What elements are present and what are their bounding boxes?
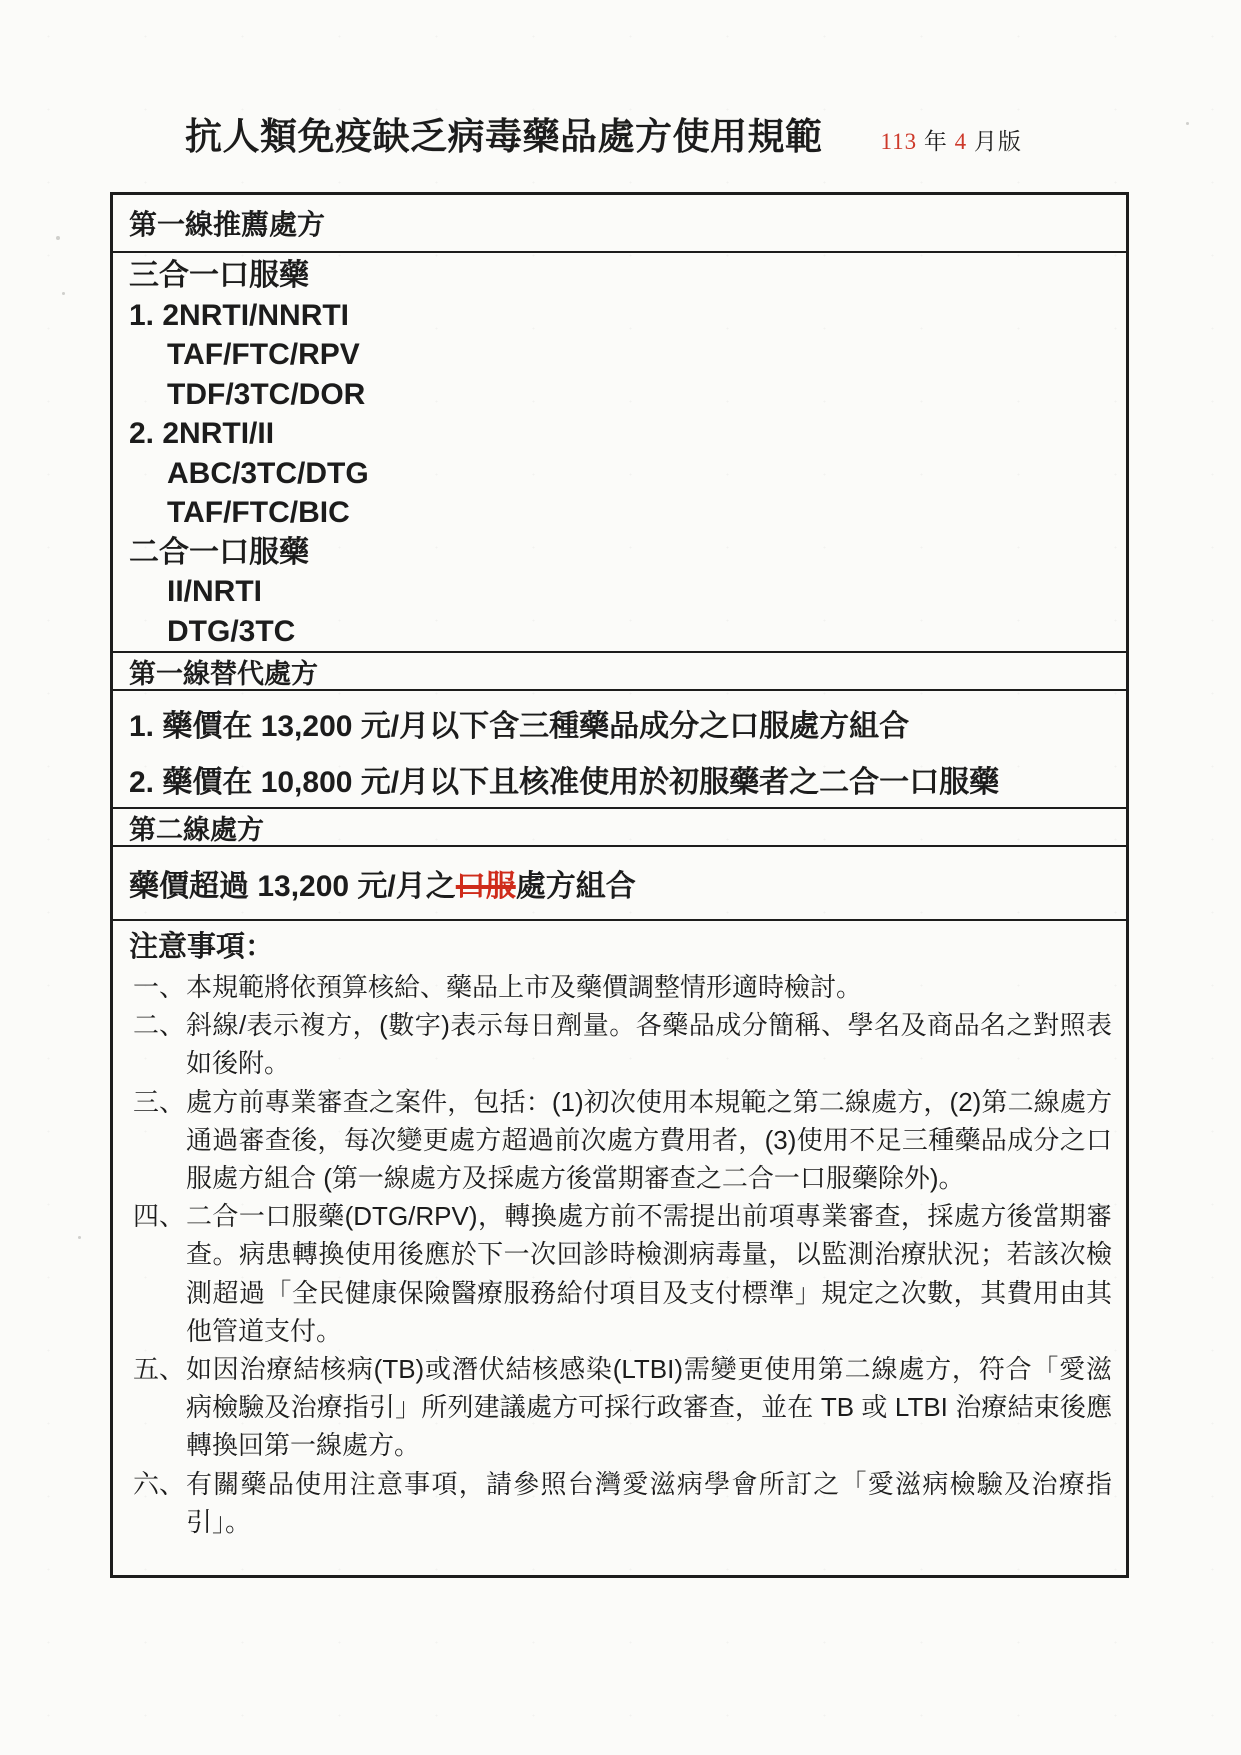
note-number: 三、 <box>133 1083 185 1121</box>
regimen-line: 2. 2NRTI/II <box>129 414 1112 454</box>
version-year-unit: 年 <box>917 129 955 154</box>
scan-speck <box>78 1236 81 1239</box>
note-number: 一、 <box>133 968 185 1006</box>
section-header-second-line: 第二線處方 <box>113 807 1126 845</box>
regimen-line: TAF/FTC/RPV <box>129 335 1112 375</box>
note-text: 本規範將依預算核給、藥品上市及藥價調整情形適時檢討。 <box>186 972 862 1002</box>
note-item: 三、 處方前專業審查之案件，包括：(1)初次使用本規範之第二線處方，(2)第二線… <box>129 1083 1112 1198</box>
second-line-text-before: 藥價超過 13,200 元/月之 <box>129 861 456 905</box>
regimen-line: 1. 2NRTI/NNRTI <box>129 296 1112 336</box>
note-item: 一、 本規範將依預算核給、藥品上市及藥價調整情形適時檢討。 <box>129 968 1112 1006</box>
version-label: 113 年 4 月版 <box>881 123 1022 156</box>
title-row: 抗人類免疫缺乏病毒藥品處方使用規範 113 年 4 月版 <box>185 106 1185 160</box>
note-item: 五、 如因治療結核病(TB)或潛伏結核感染(LTBI)需變更使用第二線處方，符合… <box>129 1350 1112 1465</box>
note-text: 斜線/表示複方，(數字)表示每日劑量。各藥品成分簡稱、學名及商品名之對照表如後附… <box>186 1010 1112 1078</box>
price-rule-line: 2. 藥價在 10,800 元/月以下且核准使用於初服藥者之二合一口服藥 <box>129 755 1112 807</box>
section-first-line-alternative-content: 1. 藥價在 13,200 元/月以下含三種藥品成分之口服處方組合 2. 藥價在… <box>113 689 1126 807</box>
section-header-first-line-recommended: 第一線推薦處方 <box>113 195 1126 251</box>
regimen-line: ABC/3TC/DTG <box>129 454 1112 494</box>
note-number: 四、 <box>133 1197 185 1235</box>
regimen-line: 二合一口服藥 <box>129 533 1112 573</box>
regimen-line: TAF/FTC/BIC <box>129 493 1112 533</box>
version-year-number: 113 <box>881 129 918 154</box>
note-item: 四、 二合一口服藥(DTG/RPV)，轉換處方前不需提出前項專業審查，採處方後當… <box>129 1197 1112 1350</box>
scan-speck <box>1186 122 1189 125</box>
second-line-text-after: 處方組合 <box>516 861 636 905</box>
price-rule-line: 1. 藥價在 13,200 元/月以下含三種藥品成分之口服處方組合 <box>129 699 1112 755</box>
struck-out-text: 口服 <box>456 861 516 905</box>
note-item: 六、 有關藥品使用注意事項，請參照台灣愛滋病學會所訂之「愛滋病檢驗及治療指引」。 <box>129 1465 1112 1541</box>
prescription-rules-table: 第一線推薦處方 三合一口服藥 1. 2NRTI/NNRTI TAF/FTC/RP… <box>110 192 1129 1578</box>
note-text: 處方前專業審查之案件，包括：(1)初次使用本規範之第二線處方，(2)第二線處方通… <box>186 1087 1112 1193</box>
note-item: 二、 斜線/表示複方，(數字)表示每日劑量。各藥品成分簡稱、學名及商品名之對照表… <box>129 1006 1112 1082</box>
regimen-line: II/NRTI <box>129 572 1112 612</box>
section-notes: 注意事項： 一、 本規範將依預算核給、藥品上市及藥價調整情形適時檢討。 二、 斜… <box>113 919 1126 1575</box>
note-text: 有關藥品使用注意事項，請參照台灣愛滋病學會所訂之「愛滋病檢驗及治療指引」。 <box>186 1469 1112 1537</box>
page-title: 抗人類免疫缺乏病毒藥品處方使用規範 <box>185 106 823 160</box>
section-header-label: 第一線替代處方 <box>129 652 318 690</box>
note-text: 如因治療結核病(TB)或潛伏結核感染(LTBI)需變更使用第二線處方，符合「愛滋… <box>186 1354 1112 1460</box>
version-month-number: 4 <box>955 129 968 154</box>
scan-speck <box>62 292 65 295</box>
note-text: 二合一口服藥(DTG/RPV)，轉換處方前不需提出前項專業審查，採處方後當期審查… <box>186 1201 1112 1346</box>
note-number: 六、 <box>133 1465 185 1503</box>
section-header-label: 第一線推薦處方 <box>129 203 325 243</box>
notes-heading: 注意事項： <box>129 926 1112 968</box>
note-number: 二、 <box>133 1006 185 1044</box>
regimen-line: 三合一口服藥 <box>129 256 1112 296</box>
scan-speck <box>56 236 60 240</box>
document-page: 抗人類免疫缺乏病毒藥品處方使用規範 113 年 4 月版 第一線推薦處方 三合一… <box>0 0 1241 1755</box>
regimen-line: DTG/3TC <box>129 612 1112 652</box>
section-second-line-content: 藥價超過 13,200 元/月之口服處方組合 <box>113 845 1126 919</box>
section-header-first-line-alternative: 第一線替代處方 <box>113 651 1126 689</box>
section-header-label: 第二線處方 <box>129 808 264 846</box>
regimen-line: TDF/3TC/DOR <box>129 375 1112 415</box>
section-first-line-recommended-content: 三合一口服藥 1. 2NRTI/NNRTI TAF/FTC/RPV TDF/3T… <box>113 251 1126 651</box>
note-number: 五、 <box>133 1350 185 1388</box>
version-month-unit: 月版 <box>967 129 1022 154</box>
